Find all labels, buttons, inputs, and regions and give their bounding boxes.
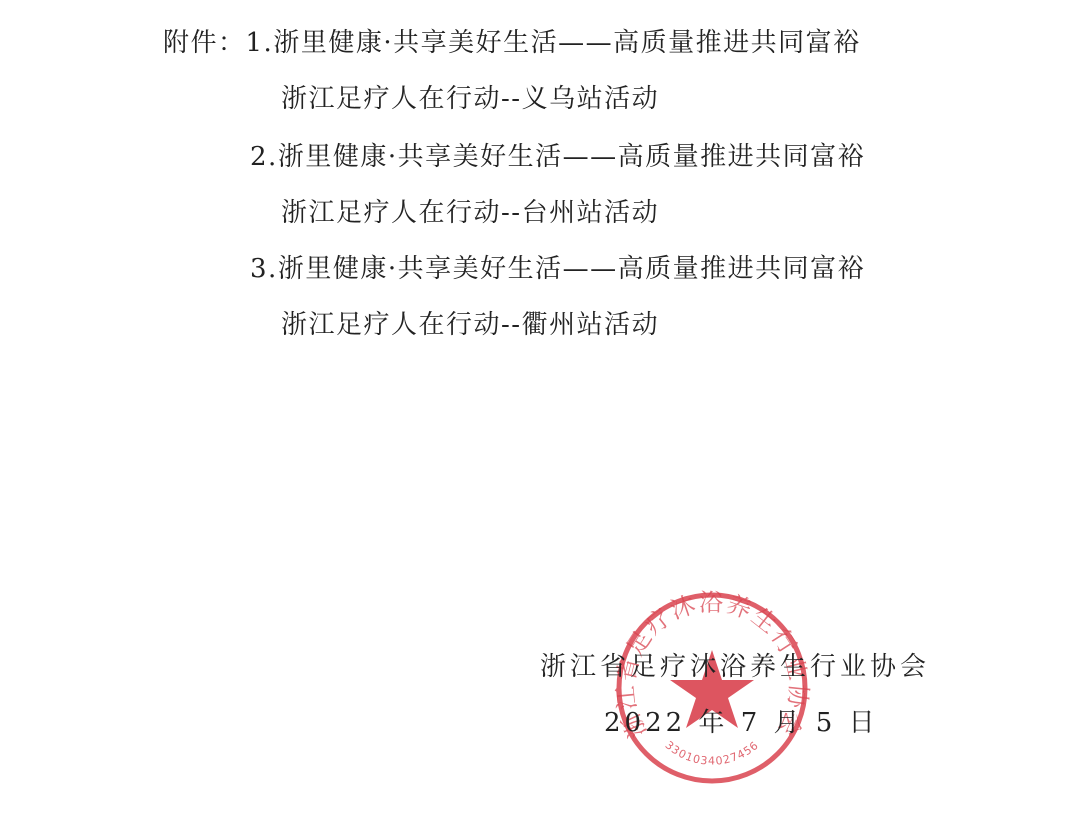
attachment-3-line2: 浙江足疗人在行动--衢州站活动 [281,310,659,340]
attachment-3-line1: 3.浙里健康·共享美好生活——高质量推进共同富裕 [250,254,865,284]
organization-name: 浙江省足疗沐浴养生行业协会 [540,652,930,682]
attachment-number: 1. [246,28,274,58]
official-seal-icon: 浙江省足疗沐浴养生行业协会 3301034027456 [612,588,812,788]
attachment-title: 浙里健康·共享美好生活——高质量推进共同富裕 [278,254,865,284]
attachment-2-line1: 2.浙里健康·共享美好生活——高质量推进共同富裕 [250,142,865,172]
attachment-title: 浙里健康·共享美好生活——高质量推进共同富裕 [278,142,865,172]
attachment-number: 2. [250,142,278,172]
attachment-2-line2: 浙江足疗人在行动--台州站活动 [281,198,659,228]
attachment-number: 3. [250,254,278,284]
attachment-1-line2: 浙江足疗人在行动--义乌站活动 [281,84,659,114]
attachments-prefix: 附件： [163,28,246,58]
attachment-1-line1: 附件：1.浙里健康·共享美好生活——高质量推进共同富裕 [163,28,861,58]
svg-text:3301034027456: 3301034027456 [663,739,762,768]
attachment-title: 浙里健康·共享美好生活——高质量推进共同富裕 [273,28,860,58]
signature-date: 2022 年 7 月 5 日 [604,708,879,738]
